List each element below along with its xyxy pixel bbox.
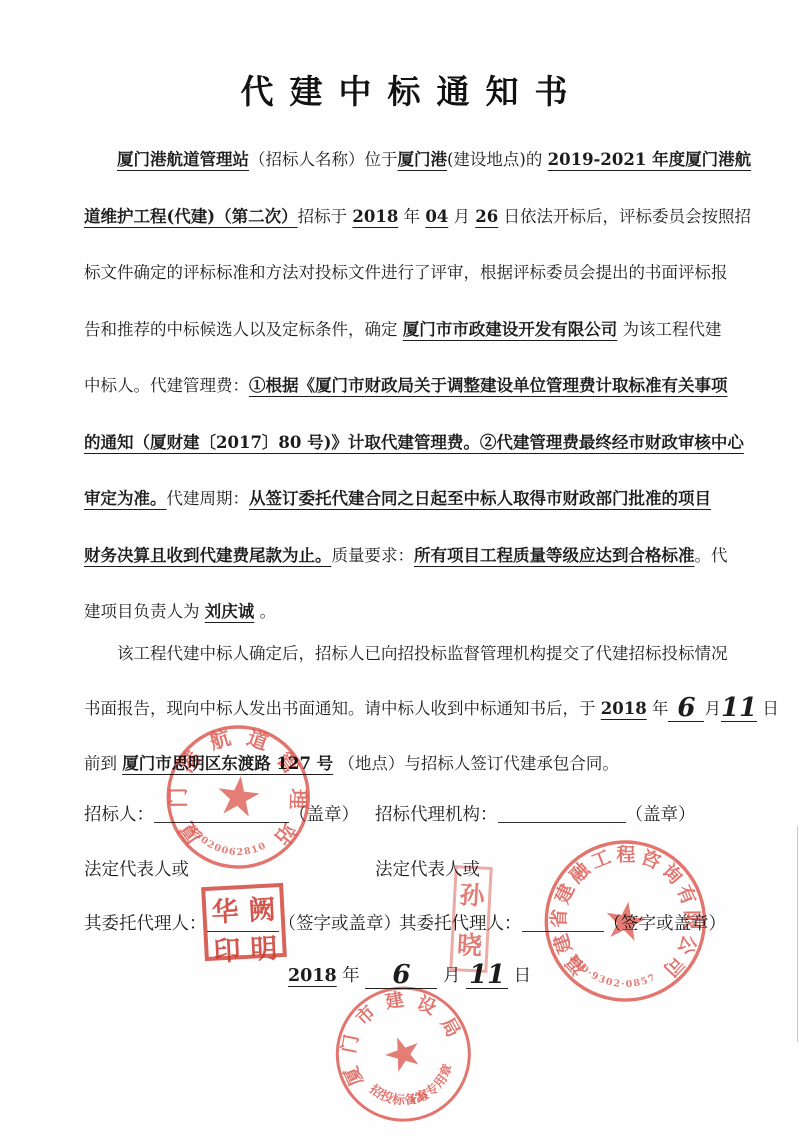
body-text: 日依法开标后，评标委员会按照招 [498, 207, 751, 226]
issuer-seal-graphic: 厦门港航道管理站 35020062810 ★ [155, 713, 322, 880]
body-text: 该工程代建中标人确定后，招标人已向招投标监督管理机构提交了代建招标投标情况 [117, 644, 728, 663]
body-text: 年 [647, 699, 669, 718]
body-text: 年 [398, 207, 425, 226]
body-text: (建设地点)的 [447, 150, 548, 169]
handwritten-month-slot: 6 [668, 695, 704, 722]
body-text: 标文件确定的评标标准和方法对投标文件进行了评审，根据评标委员会提出的书面评标报 [84, 263, 728, 282]
agency-signature-row-right: 招标代理机构：（盖章） [375, 801, 696, 826]
svg-text:35020062810: 35020062810 [184, 823, 271, 862]
stamp-note: （盖章） [626, 805, 696, 825]
agency-round-seal: 福建省建融工程咨询有限公司 350·9302·0857 ★ [529, 825, 722, 1021]
handwritten-day: 11 [721, 693, 757, 723]
body-text: 书面报告，现向中标人发出书面通知。请中标人收到中标通知书后，于 [84, 699, 601, 718]
bidder-label: 招标人： [84, 805, 154, 825]
body-text: 日 [757, 699, 779, 718]
paragraph-1: 厦门港航道管理站（招标人名称）位于厦门港(建设地点)的 2019-2021 年度… [84, 132, 734, 641]
star-icon: ★ [378, 1025, 428, 1081]
filled-text: 审定为准。 [84, 489, 167, 508]
handwritten-month: 6 [677, 693, 695, 723]
body-text: 质量要求： [332, 546, 415, 565]
handwritten-day-slot: 11 [721, 695, 757, 722]
body-line: 告和推荐的中标候选人以及定标条件，确定 厦门市市政建设开发有限公司 为该工程代建 [84, 302, 734, 359]
body-line: 的通知（厦财建〔2017〕80 号)》计取代建管理费。②代建管理费最终经市财政审… [84, 415, 734, 472]
stamp-char: 阙 [247, 887, 276, 927]
filled-text: 财务决算且收到代建费尾款为止。 [84, 546, 332, 565]
record-seal-graphic: 厦门市建设局 招投标备案专用章 (2) ★ [314, 964, 493, 1143]
body-text: 月 [704, 699, 721, 718]
sign-note: （签字或盖章） [279, 914, 402, 934]
body-text: 前到 [84, 754, 122, 773]
name-square-stamp: 华 阙 印 明 [201, 883, 287, 961]
filled-text: 2018 [352, 207, 398, 226]
stamp-char: 明 [249, 926, 278, 966]
stamp-char: 印 [212, 928, 241, 968]
agency-seal-graphic: 福建省建融工程咨询有限公司 350·9302·0857 ★ [529, 825, 721, 1017]
proxy-label: 其委托代理人： [84, 914, 207, 934]
body-text: （地点）与招标人签订代建承包合同。 [333, 754, 619, 773]
body-text: 中标人。代建管理费： [84, 376, 249, 395]
filled-text: 从签订委托代建合同之日起至中标人取得市财政部门批准的项目 [249, 489, 711, 508]
filled-text: 26 [475, 207, 498, 226]
scanned-document-page: 代建中标通知书 厦门港航道管理站（招标人名称）位于厦门港(建设地点)的 2019… [0, 0, 808, 1143]
body-text: 为该工程代建 [617, 320, 721, 339]
body-line: 道维护工程(代建)（第二次）招标于 2018 年 04 月 26 日依法开标后，… [84, 189, 734, 246]
filled-text: 2019-2021 年度厦门港航 [548, 150, 751, 169]
body-text: 代建周期： [167, 489, 250, 508]
body-text: 告和推荐的中标候选人以及定标条件，确定 [84, 320, 403, 339]
agency-label: 招标代理机构： [375, 805, 498, 825]
stamp-char: 孙 [459, 875, 486, 912]
stamp-char: 华 [210, 889, 239, 929]
body-line: 该工程代建中标人确定后，招标人已向招投标监督管理机构提交了代建招标投标情况 [84, 626, 734, 681]
filled-text: 刘庆诚 [205, 602, 255, 621]
filled-text: 厦门港 [398, 150, 448, 169]
record-round-seal: 厦门市建设局 招投标备案专用章 (2) ★ [314, 964, 495, 1143]
body-text: 招标于 [298, 207, 353, 226]
body-text: 。 [254, 602, 276, 621]
body-text: 。代 [695, 546, 728, 565]
filled-text: 2018 [601, 699, 647, 718]
filled-text: ①根据《厦门市财政局关于调整建设单位管理费计取标准有关事项 [249, 376, 728, 395]
scan-edge-artifact [797, 826, 798, 1042]
filled-text: 04 [425, 207, 448, 226]
year-unit-label: 年 [342, 966, 360, 986]
body-text: （招标人名称）位于 [249, 150, 398, 169]
body-text: 建项目负责人为 [84, 602, 205, 621]
agency-signature-blank [498, 808, 626, 823]
body-text: 月 [448, 207, 475, 226]
body-line: 厦门港航道管理站（招标人名称）位于厦门港(建设地点)的 2019-2021 年度… [84, 132, 734, 189]
body-line: 财务决算且收到代建费尾款为止。质量要求：所有项目工程质量等级应达到合格标准。代 [84, 528, 734, 585]
star-icon: ★ [601, 891, 650, 951]
filled-text: 厦门港航道管理站 [117, 150, 249, 169]
day-unit-label: 日 [514, 966, 532, 986]
filled-text: 厦门市市政建设开发有限公司 [403, 320, 618, 339]
person-vertical-stamp: 孙 晓 [449, 865, 492, 973]
body-line: 审定为准。代建周期：从签订委托代建合同之日起至中标人取得市财政部门批准的项目 [84, 471, 734, 528]
body-line: 中标人。代建管理费：①根据《厦门市财政局关于调整建设单位管理费计取标准有关事项 [84, 358, 734, 415]
filled-text: 的通知（厦财建〔2017〕80 号)》计取代建管理费。②代建管理费最终经市财政审… [84, 433, 744, 452]
issuer-seal-code: 35020062810 [184, 823, 271, 862]
date-year: 2018 [288, 966, 337, 986]
star-icon: ★ [213, 767, 263, 828]
stamp-char: 晓 [456, 925, 483, 962]
issuer-round-seal: 厦门港航道管理站 35020062810 ★ [154, 713, 322, 884]
filled-text: 道维护工程(代建)（第二次） [84, 207, 298, 226]
filled-text: 所有项目工程质量等级应达到合格标准 [414, 546, 695, 565]
body-line: 标文件确定的评标标准和方法对投标文件进行了评审，根据评标委员会提出的书面评标报 [84, 245, 734, 302]
document-title: 代建中标通知书 [0, 66, 808, 113]
